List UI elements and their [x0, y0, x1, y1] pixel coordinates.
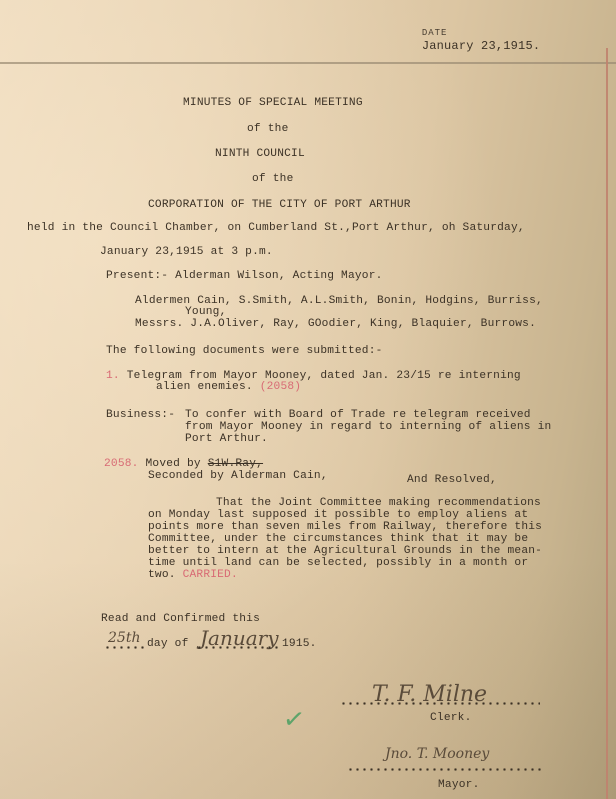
- date-value: January 23,1915.: [422, 39, 540, 53]
- right-margin-line: [606, 48, 608, 799]
- resolution-last-prefix: two.: [148, 569, 176, 581]
- confirmation-day-suffix: day of: [147, 638, 188, 651]
- business-label: Business:-: [106, 409, 175, 422]
- mayor-signature: Jno. T. Mooney: [385, 746, 489, 762]
- paper-shading: [0, 0, 616, 799]
- title-minutes: MINUTES OF SPECIAL MEETING: [183, 97, 363, 110]
- moved-name: S1W.Ray,: [208, 458, 263, 470]
- messrs-line: Messrs. J.A.Oliver, Ray, GOodier, King, …: [135, 318, 536, 331]
- present-line: Present:- Alderman Wilson, Acting Mayor.: [106, 270, 383, 283]
- document-item-cont: alien enemies. (2058): [156, 381, 301, 394]
- title-council: NINTH COUNCIL: [215, 148, 305, 161]
- title-of-the-1: of the: [247, 123, 288, 136]
- mayor-label: Mayor.: [438, 779, 479, 792]
- date-label: DATE: [422, 28, 448, 38]
- title-of-the-2: of the: [252, 173, 293, 186]
- month-dotted-line: [196, 646, 280, 649]
- mayor-dotted-line: [347, 768, 541, 771]
- document-text-line2: alien enemies.: [156, 381, 253, 393]
- confirmation-day-handwritten: 25th: [108, 630, 140, 646]
- resolved-label: And Resolved,: [407, 474, 497, 487]
- seconded-line: Seconded by Alderman Cain,: [148, 470, 328, 483]
- document-ref: (2058): [260, 381, 301, 393]
- resolution-number: 2058.: [104, 458, 139, 470]
- day-dotted-line: [104, 646, 146, 649]
- documents-intro: The following documents were submitted:-: [106, 345, 383, 358]
- clerk-label: Clerk.: [430, 712, 471, 725]
- carried-status: CARRIED.: [183, 569, 238, 581]
- resolution-last-line: two. CARRIED.: [148, 569, 238, 582]
- title-corporation: CORPORATION OF THE CITY OF PORT ARTHUR: [148, 199, 411, 212]
- meeting-date: January 23,1915 at 3 p.m.: [100, 246, 273, 259]
- confirmation-line: Read and Confirmed this: [101, 613, 260, 626]
- clerk-dotted-line: [340, 702, 540, 705]
- header-rule: [0, 62, 616, 64]
- business-line3: Port Arthur.: [185, 433, 268, 446]
- moved-prefix: Moved by: [146, 458, 208, 470]
- document-number: 1.: [106, 370, 120, 382]
- checkmark-icon: ✓: [281, 704, 307, 737]
- confirmation-year: 1915.: [282, 638, 317, 651]
- date-header: DATE January 23,1915.: [408, 14, 540, 54]
- meeting-location: held in the Council Chamber, on Cumberla…: [27, 222, 525, 235]
